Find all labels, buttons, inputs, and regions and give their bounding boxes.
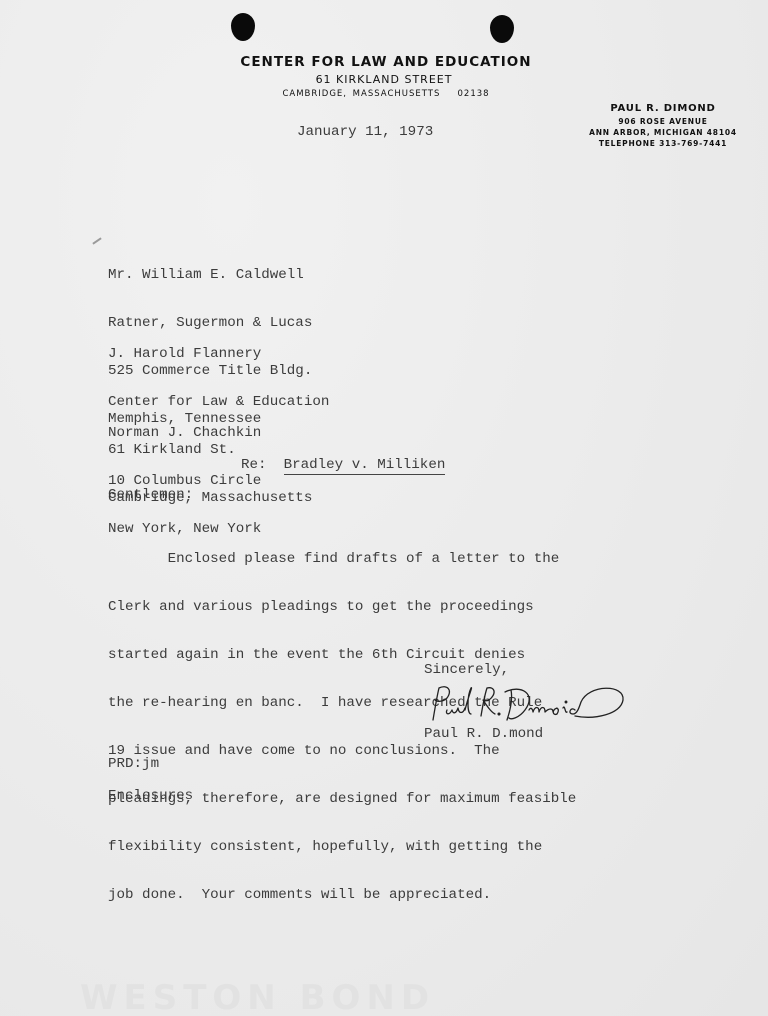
sender-street: 906 ROSE AVENUE xyxy=(568,117,758,126)
sender-telephone: TELEPHONE 313-769-7441 xyxy=(568,139,758,148)
subject-line: Re: Bradley v. Milliken xyxy=(241,457,445,473)
body-line: flexibility consistent, hopefully, with … xyxy=(108,839,576,855)
letterhead-city: CAMBRIDGE, MASSACHUSETTS 02138 xyxy=(2,89,768,99)
sender-city: ANN ARBOR, MICHIGAN 48104 xyxy=(568,128,758,137)
body-line: 19 issue and have come to no conclusions… xyxy=(108,743,576,759)
reference-initials: PRD:jm xyxy=(108,756,159,772)
case-name: Bradley v. Milliken xyxy=(284,457,446,475)
letter-page: CENTER FOR LAW AND EDUCATION 61 KIRKLAND… xyxy=(0,0,768,1016)
body-line: started again in the event the 6th Circu… xyxy=(108,647,576,663)
addressee-line: J. Harold Flannery xyxy=(108,346,329,362)
handwritten-signature xyxy=(425,680,635,730)
margin-mark xyxy=(92,237,101,244)
body-line: job done. Your comments will be apprecia… xyxy=(108,887,576,903)
typed-signature-name: Paul R. D.mond xyxy=(424,726,543,742)
salutation: Gentlemen: xyxy=(108,487,193,503)
body-line: Enclosed please find drafts of a letter … xyxy=(108,551,576,567)
letterhead-street: 61 KIRKLAND STREET xyxy=(0,73,768,86)
punch-hole-right xyxy=(490,15,514,43)
sender-name: PAUL R. DIMOND xyxy=(568,103,758,114)
watermark-bleed-through: WESTON BOND xyxy=(80,978,435,1016)
closing: Sincerely, xyxy=(424,662,509,678)
letterhead-organization: CENTER FOR LAW AND EDUCATION xyxy=(2,54,768,70)
addressee-line: Norman J. Chachkin xyxy=(108,425,261,441)
subject-label: Re: xyxy=(241,457,267,473)
enclosures-note: Enclosures xyxy=(108,788,193,804)
body-line: Clerk and various pleadings to get the p… xyxy=(108,599,576,615)
letter-date: January 11, 1973 xyxy=(297,124,433,140)
punch-hole-left xyxy=(231,13,255,41)
addressee-line: Mr. William E. Caldwell xyxy=(108,267,312,283)
